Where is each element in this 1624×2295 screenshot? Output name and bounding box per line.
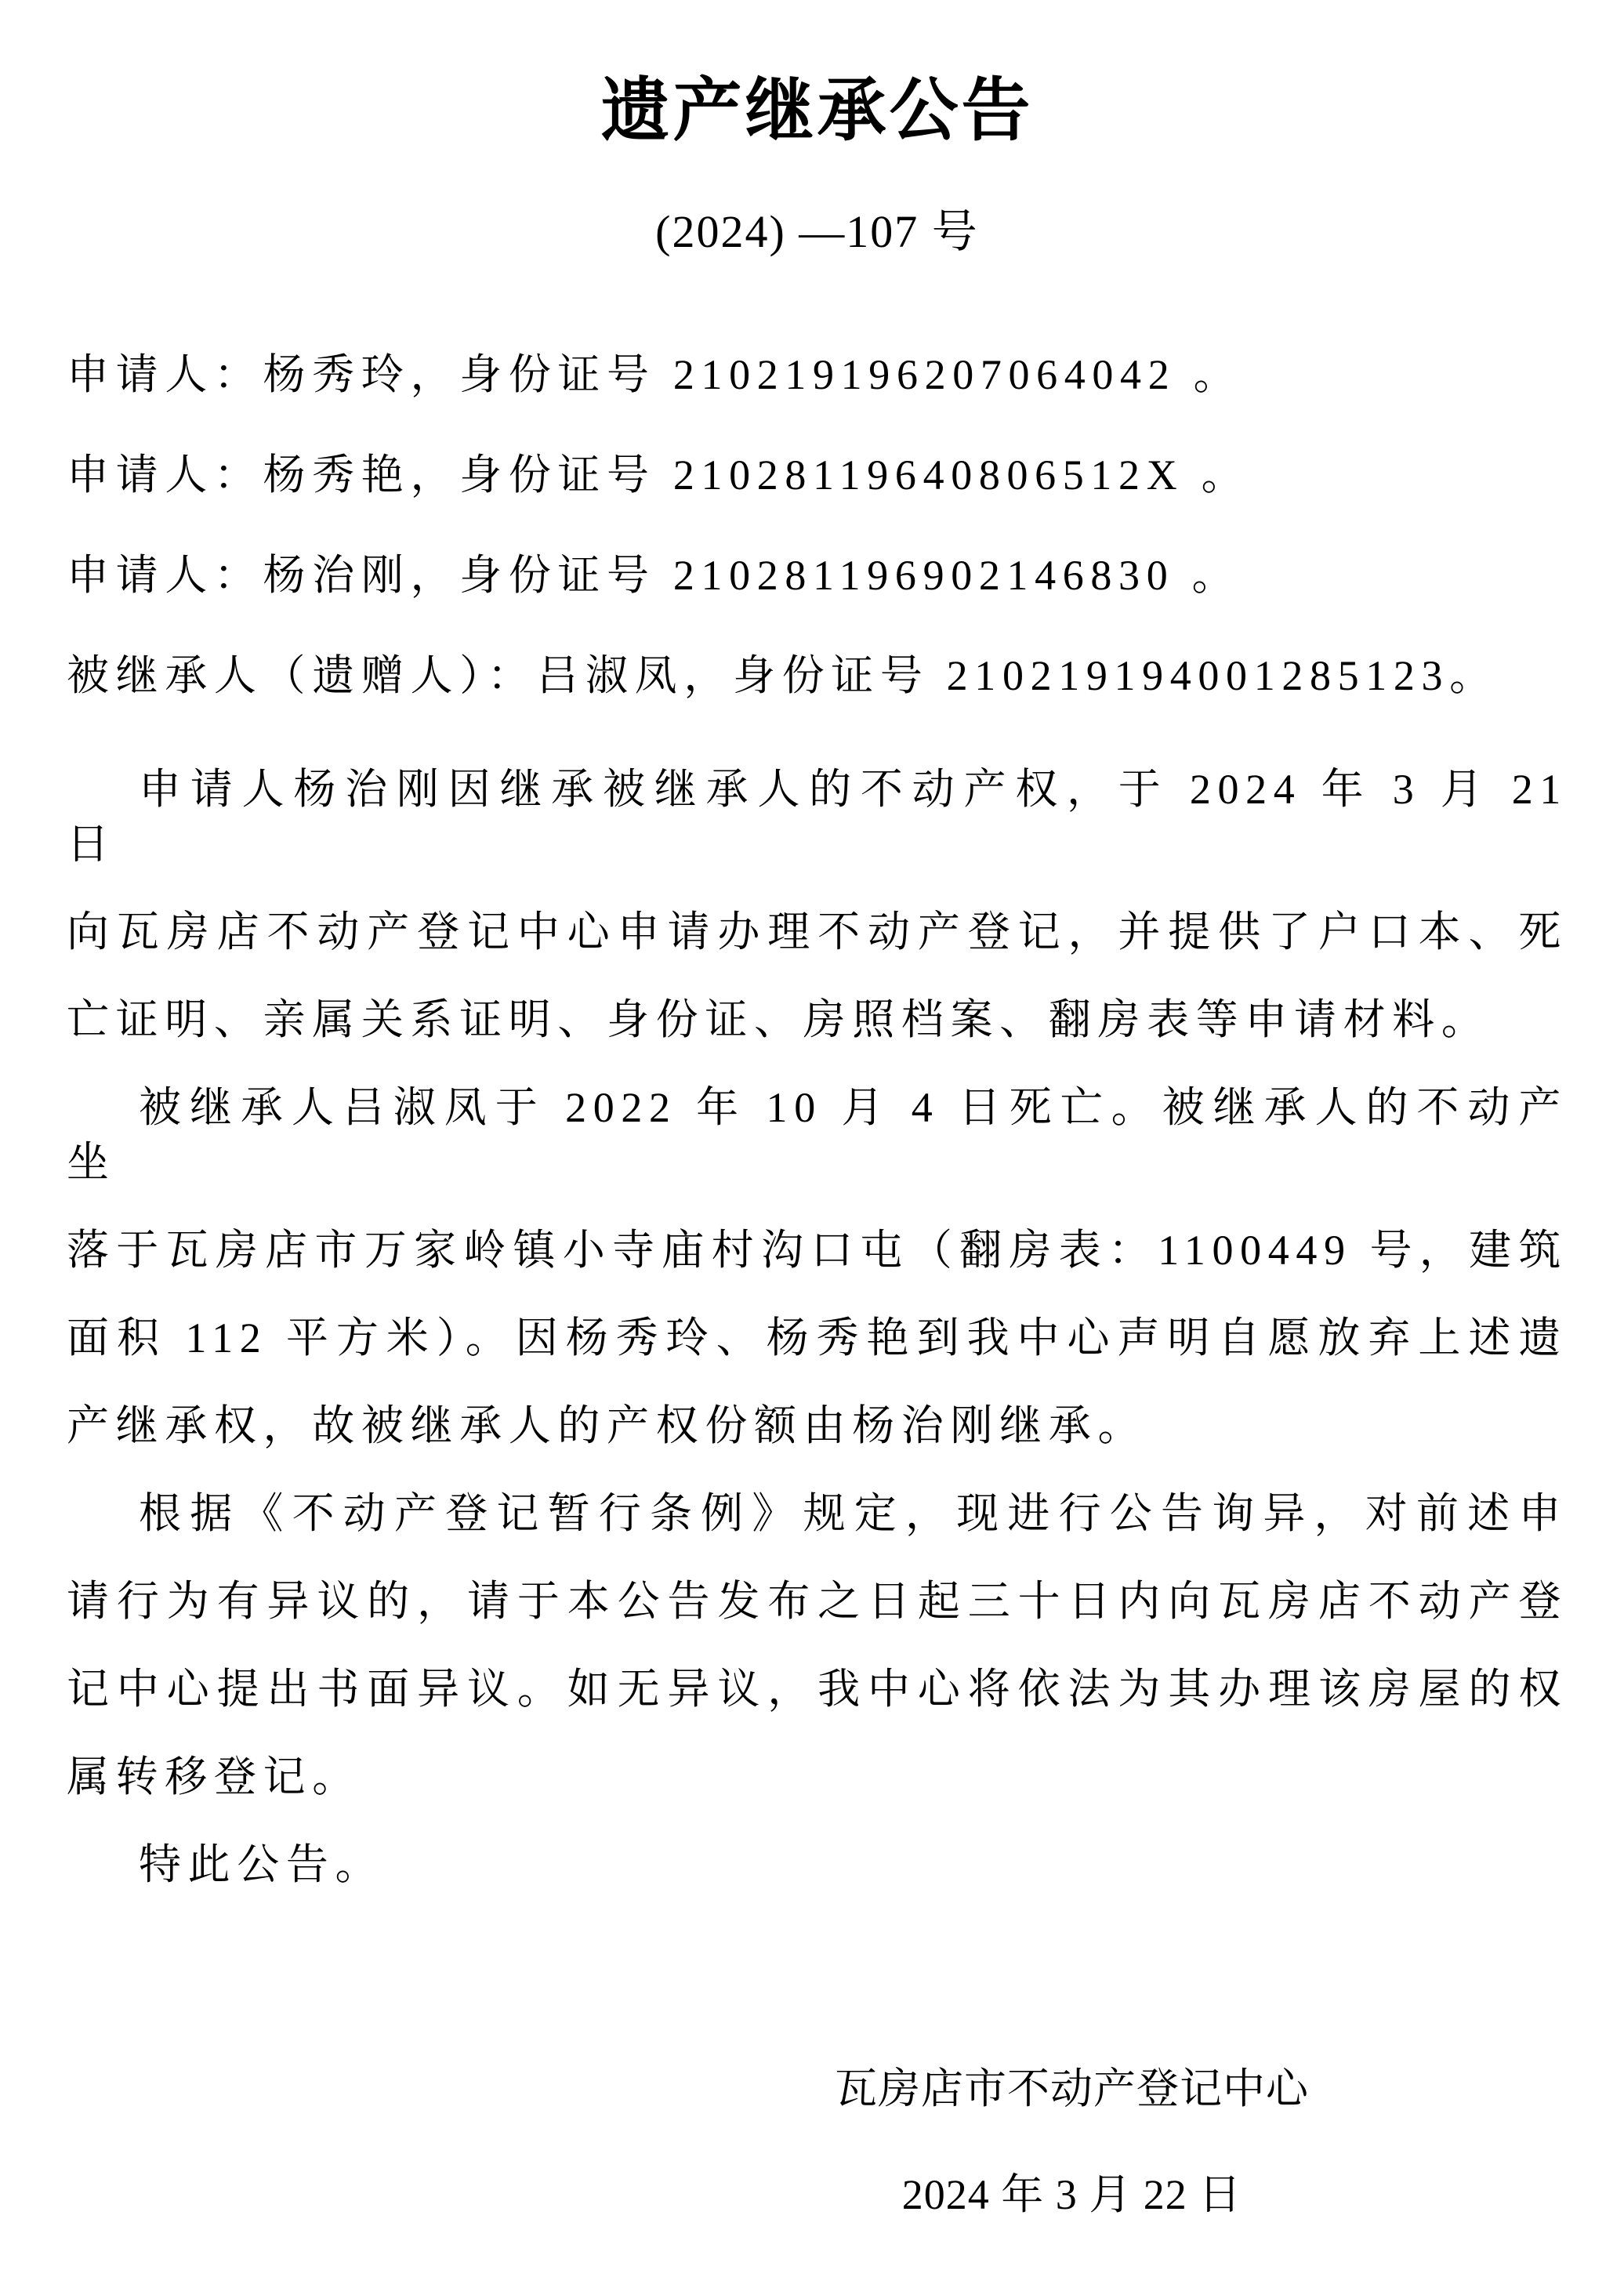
paragraph2-line: 落于瓦房店市万家岭镇小寺庙村沟口屯（翻房表：1100449 号，建筑 <box>67 1223 1568 1278</box>
closing-line: 特此公告。 <box>67 1837 1568 1892</box>
paragraph1-line: 向瓦房店不动产登记中心申请办理不动产登记，并提供了户口本、死 <box>67 905 1568 959</box>
notice-body: 申请人：杨秀玲，身份证号 210219196207064042 。 申请人：杨秀… <box>67 347 1568 1892</box>
paragraph2-line: 产继承权，故被继承人的产权份额由杨治刚继承。 <box>67 1398 1568 1453</box>
applicant-line-3: 申请人：杨治刚，身份证号 210281196902146830 。 <box>67 548 1568 603</box>
paragraph1-line: 申请人杨治刚因继承被继承人的不动产权，于 2024 年 3 月 21 日 <box>67 762 1568 872</box>
applicant-line-1: 申请人：杨秀玲，身份证号 210219196207064042 。 <box>67 347 1568 402</box>
paragraph3-line: 记中心提出书面异议。如无异议，我中心将依法为其办理该房屋的权 <box>67 1662 1568 1717</box>
signature-block: 瓦房店市不动产登记中心 2024 年 3 月 22 日 <box>835 2061 1309 2222</box>
signature-date: 2024 年 3 月 22 日 <box>835 2167 1309 2222</box>
paragraph2-line: 面积 112 平方米）。因杨秀玲、杨秀艳到我中心声明自愿放弃上述遗 <box>67 1311 1568 1365</box>
paragraph2-line: 被继承人吕淑凤于 2022 年 10 月 4 日死亡。被继承人的不动产坐 <box>67 1080 1568 1190</box>
applicant-line-2: 申请人：杨秀艳，身份证号 21028119640806512X 。 <box>67 448 1568 502</box>
paragraph3-line: 属转移登记。 <box>67 1749 1568 1804</box>
paragraph1-line: 亡证明、亲属关系证明、身份证、房照档案、翻房表等申请材料。 <box>67 992 1568 1047</box>
page-title: 遗产继承公告 <box>67 69 1568 155</box>
doc-number: (2024) —107 号 <box>67 198 1568 265</box>
signature-organization: 瓦房店市不动产登记中心 <box>835 2061 1309 2116</box>
paragraph3-line: 请行为有异议的，请于本公告发布之日起三十日内向瓦房店不动产登 <box>67 1574 1568 1629</box>
notice-page: 遗产继承公告 (2024) —107 号 申请人：杨秀玲，身份证号 210219… <box>0 0 1624 2295</box>
decedent-line: 被继承人（遗赠人）：吕淑凤，身份证号 210219194001285123。 <box>67 648 1568 703</box>
paragraph3-line: 根据《不动产登记暂行条例》规定，现进行公告询异，对前述申 <box>67 1486 1568 1541</box>
